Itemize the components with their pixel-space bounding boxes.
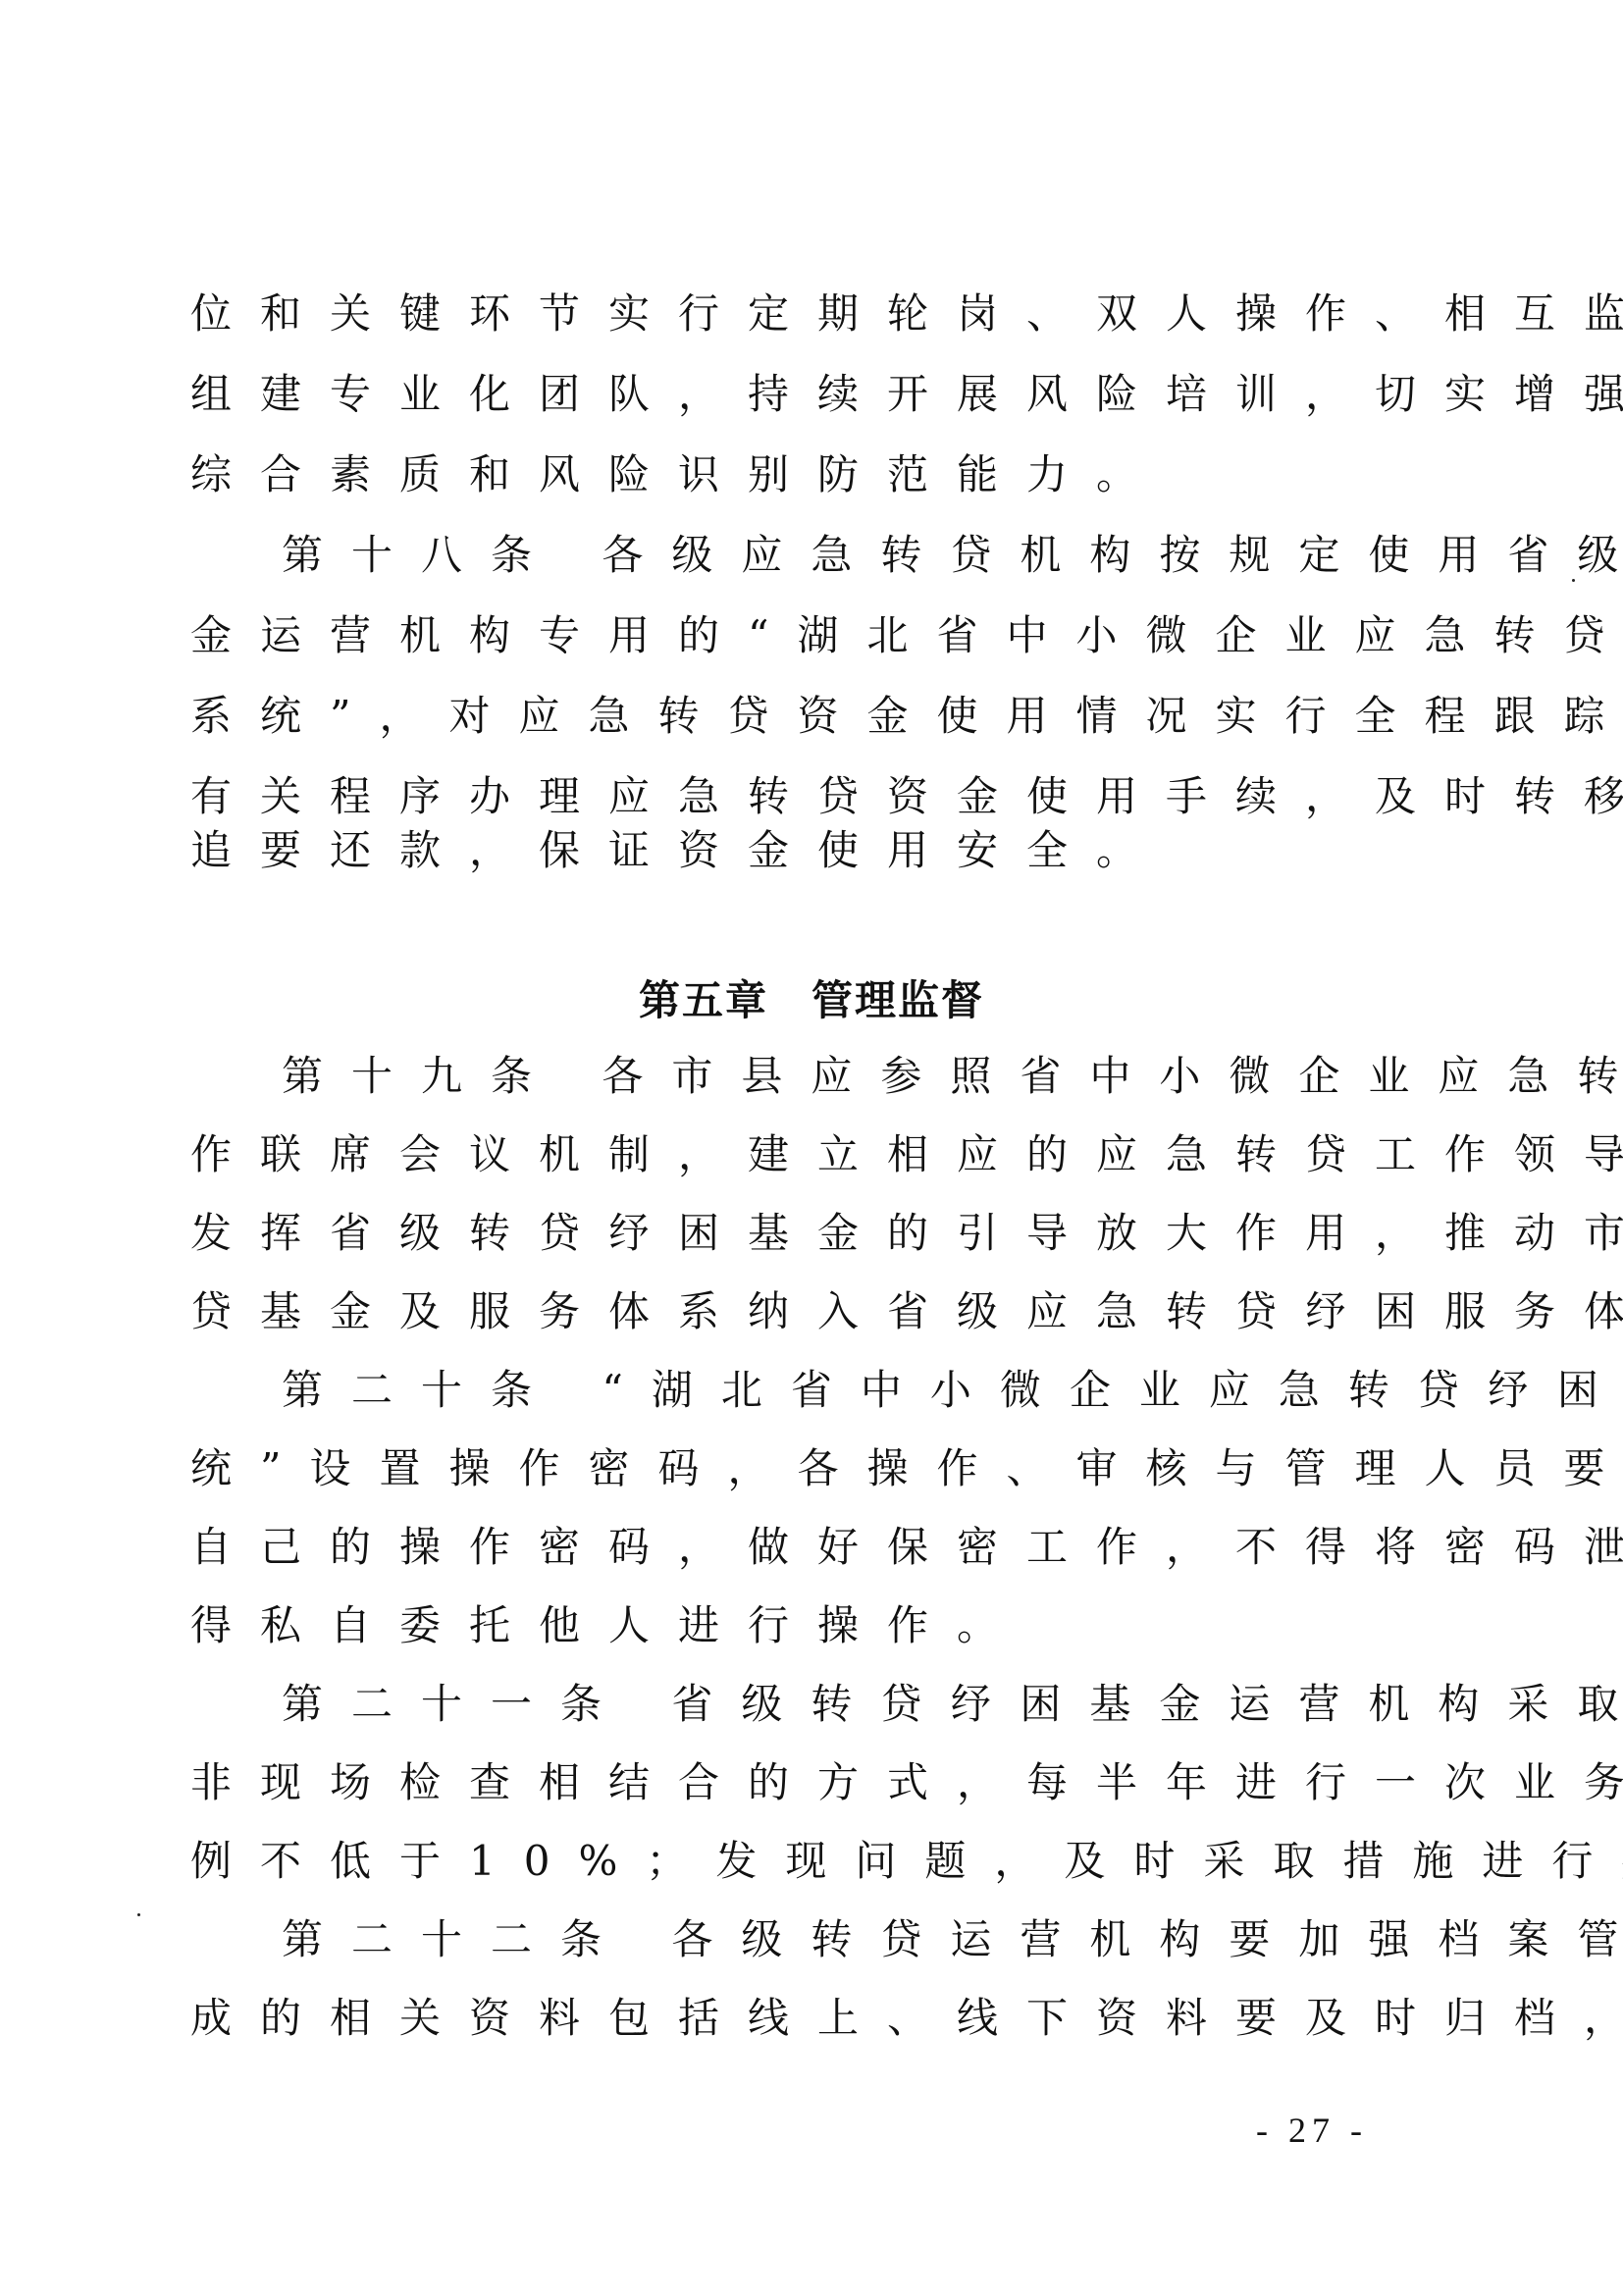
scan-artifact — [137, 1913, 140, 1916]
paragraph-line: 综合素质和风险识别防范能力。 — [190, 450, 1378, 499]
article-21-line: 例不低于10%；发现问题，及时采取措施进行处置。 — [190, 1837, 1378, 1886]
article-20-line: 得私自委托他人进行操作。 — [190, 1601, 1378, 1650]
article-18-line: 系统”，对应急转贷资金使用情况实行全程跟踪管理，严格按照 — [190, 692, 1378, 741]
article-19-line: 作联席会议机制，建立相应的应急转贷工作领导协作机制，充分 — [190, 1130, 1378, 1179]
article-19-line: 贷基金及服务体系纳入省级应急转贷纾困服务体系统一管理。 — [190, 1287, 1378, 1336]
article-21-line: 非现场检查相结合的方式，每半年进行一次业务抽查，抽查比 — [190, 1758, 1378, 1807]
scan-artifact — [1572, 579, 1575, 582]
article-18-line: 第十八条 各级应急转贷机构按规定使用省级转贷纾困基 — [282, 531, 1378, 580]
article-18-line: 金运营机构专用的“湖北省中小微企业应急转贷纾困业务管理 — [190, 611, 1378, 660]
article-20-line: 第二十条 “湖北省中小微企业应急转贷纾困业务管理系 — [282, 1366, 1378, 1415]
article-19-line: 第十九条 各市县应参照省中小微企业应急转贷纾困基金工 — [282, 1052, 1378, 1101]
chapter-heading: 第五章 管理监督 — [0, 976, 1623, 1025]
article-22-line: 第二十二条 各级转贷运营机构要加强档案管理，各环节形 — [282, 1915, 1378, 1964]
article-20-line: 统”设置操作密码，各操作、审核与管理人员要及时更新设置 — [190, 1444, 1378, 1493]
article-20-line: 自己的操作密码，做好保密工作，不得将密码泄露给他人，不 — [190, 1523, 1378, 1572]
article-22-line: 成的相关资料包括线上、线下资料要及时归档，并制定档案管 — [190, 1994, 1378, 2043]
article-21-line: 第二十一条 省级转贷纾困基金运营机构采取现场检查和 — [282, 1680, 1378, 1729]
article-19-line: 发挥省级转贷纾困基金的引导放大作用，推动市县建立的应急转 — [190, 1209, 1378, 1258]
paragraph-line: 位和关键环节实行定期轮岗、双人操作、相互监督、相互制约。 — [190, 289, 1378, 339]
paragraph-line: 组建专业化团队，持续开展风险培训，切实增强业务操作人员 — [190, 370, 1378, 419]
article-18-line: 有关程序办理应急转贷资金使用手续，及时转移、支付、回收、 — [190, 772, 1378, 821]
document-page: 位和关键环节实行定期轮岗、双人操作、相互监督、相互制约。 组建专业化团队，持续开… — [0, 0, 1623, 2296]
article-18-line: 追要还款，保证资金使用安全。 — [190, 826, 1378, 875]
page-number: - 27 - — [1256, 2110, 1368, 2151]
